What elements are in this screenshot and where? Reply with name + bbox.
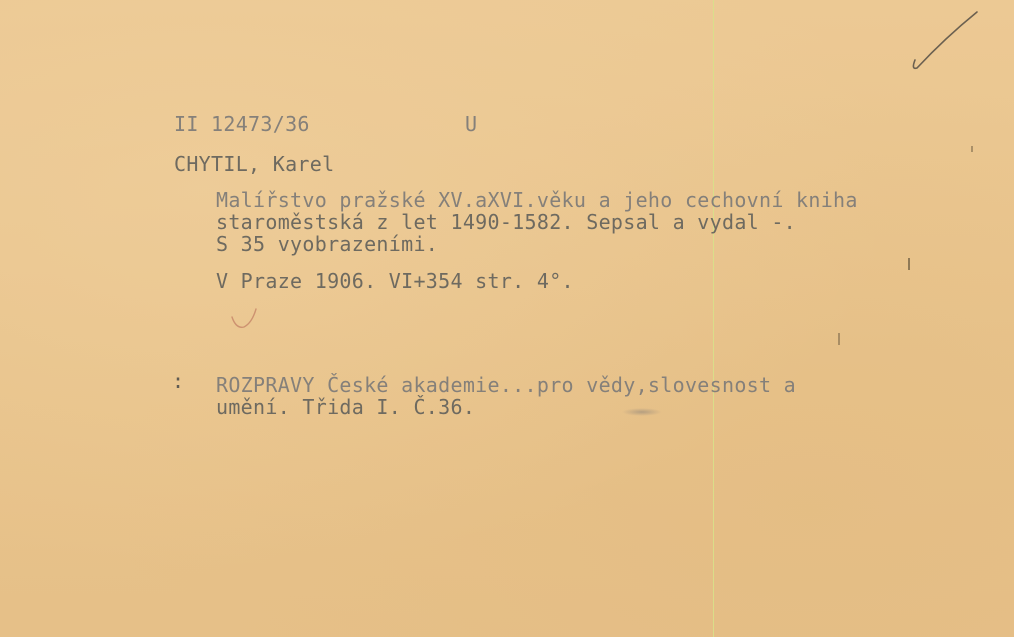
series-line-2: umění. Třida I. Č.36.	[216, 396, 475, 418]
series-line-1: ROZPRAVY České akademie...pro vědy,slove…	[216, 374, 796, 396]
ink-smudge	[622, 408, 662, 416]
title-line-3: S 35 vyobrazeními.	[216, 233, 438, 255]
paper-speck	[908, 258, 910, 270]
catalog-card: II 12473/36 U CHYTIL, Karel Malířstvo pr…	[0, 0, 1014, 637]
pencil-check-mark-icon	[905, 8, 985, 78]
vertical-rule-line	[713, 0, 714, 637]
title-line-2: staroměstská z let 1490-1582. Sepsal a v…	[216, 211, 796, 233]
title-line-1: Malířstvo pražské XV.aXVI.věku a jeho ce…	[216, 189, 858, 211]
paper-speck	[838, 333, 840, 345]
paper-speck	[971, 146, 973, 152]
red-check-mark-icon	[228, 305, 264, 335]
imprint-line: V Praze 1906. VI+354 str. 4°.	[216, 270, 574, 292]
call-number: II 12473/36	[174, 113, 310, 135]
author-heading: CHYTIL, Karel	[174, 153, 334, 175]
series-marker: :	[172, 370, 184, 392]
location-mark: U	[465, 113, 477, 135]
